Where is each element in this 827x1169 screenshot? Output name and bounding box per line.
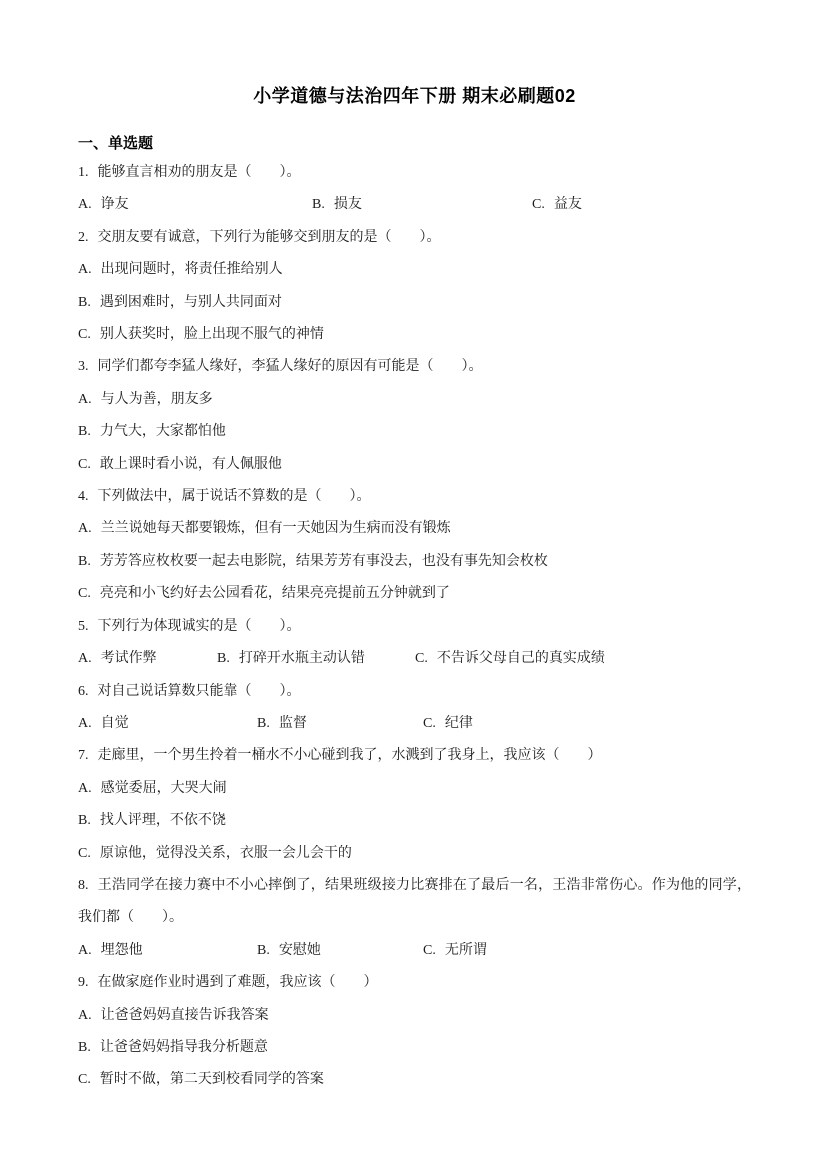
question-stem: 5.下列行为体现诚实的是（ ）。 [78,611,751,643]
option-label: B. [78,295,91,310]
option-item: A.考试作弊 [78,643,217,675]
option-text: 让爸爸妈妈直接告诉我答案 [101,1008,269,1023]
option-label: B. [257,943,270,958]
option-label: B. [78,424,91,439]
question-item: 8.王浩同学在接力赛中不小心摔倒了，结果班级接力比赛排在了最后一名，王浩非常伤心… [78,870,751,967]
option-text: 无所谓 [445,943,487,958]
option-label: A. [78,1008,92,1023]
question-number: 2. [78,230,89,245]
option-label: B. [312,197,325,212]
option-item: B.安慰她 [257,935,423,967]
option-item: A.让爸爸妈妈直接告诉我答案 [78,1000,751,1032]
option-item: C.亮亮和小飞约好去公园看花，结果亮亮提前五分钟就到了 [78,578,751,610]
option-item: A.自觉 [78,708,257,740]
option-item: B.找人评理，不依不饶 [78,805,751,837]
option-item: C.益友 [532,189,582,221]
question-number: 6. [78,684,89,699]
option-text: 芳芳答应枚枚要一起去电影院，结果芳芳有事没去，也没有事先知会枚枚 [100,554,548,569]
question-number: 7. [78,748,89,763]
option-label: B. [257,716,270,731]
option-text: 遇到困难时，与别人共同面对 [100,295,282,310]
question-stem: 1.能够直言相劝的朋友是（ ）。 [78,157,751,189]
option-label: B. [78,1040,91,1055]
option-text: 自觉 [101,716,129,731]
question-stem-text: 能够直言相劝的朋友是（ ）。 [98,165,301,180]
option-label: A. [78,197,92,212]
options-row: A.自觉B.监督C.纪律 [78,708,751,740]
option-label: A. [78,392,92,407]
option-text: 诤友 [101,197,129,212]
question-stem-text: 走廊里，一个男生拎着一桶水不小心碰到我了，水溅到了我身上，我应该（ ） [98,748,602,763]
option-label: C. [423,716,436,731]
option-label: B. [78,813,91,828]
option-label: A. [78,521,92,536]
question-number: 8. [78,878,89,893]
option-item: A.感觉委屈，大哭大闹 [78,773,751,805]
question-item: 5.下列行为体现诚实的是（ ）。A.考试作弊B.打碎开水瓶主动认错C.不告诉父母… [78,611,751,676]
option-text: 敢上课时看小说，有人佩服他 [100,457,282,472]
option-text: 益友 [554,197,582,212]
questions: 1.能够直言相劝的朋友是（ ）。A.诤友B.损友C.益友2.交朋友要有诚意，下列… [78,157,751,1097]
question-number: 1. [78,165,89,180]
option-text: 原谅他，觉得没关系，衣服一会儿会干的 [100,846,352,861]
question-item: 9.在做家庭作业时遇到了难题，我应该（ ）A.让爸爸妈妈直接告诉我答案B.让爸爸… [78,967,751,1097]
option-label: C. [78,327,91,342]
option-item: C.纪律 [423,708,473,740]
option-item: B.力气大，大家都怕他 [78,416,751,448]
question-stem: 4.下列做法中，属于说话不算数的是（ ）。 [78,481,751,513]
question-item: 2.交朋友要有诚意，下列行为能够交到朋友的是（ ）。A.出现问题时，将责任推给别… [78,222,751,352]
option-item: C.敢上课时看小说，有人佩服他 [78,449,751,481]
section-heading: 一、单选题 [78,134,751,154]
page-title: 小学道德与法治四年下册 期末必刷题02 [78,84,751,108]
option-label: C. [423,943,436,958]
option-label: C. [532,197,545,212]
option-text: 力气大，大家都怕他 [100,424,226,439]
option-text: 纪律 [445,716,473,731]
option-item: B.打碎开水瓶主动认错 [217,643,415,675]
option-item: B.监督 [257,708,423,740]
question-number: 3. [78,359,89,374]
option-item: A.诤友 [78,189,312,221]
document-body: 小学道德与法治四年下册 期末必刷题02 一、单选题 1.能够直言相劝的朋友是（ … [0,0,827,1097]
option-label: A. [78,716,92,731]
option-text: 找人评理，不依不饶 [100,813,226,828]
question-stem-text: 对自己说话算数只能靠（ ）。 [98,684,301,699]
question-number: 4. [78,489,89,504]
option-text: 暂时不做，第二天到校看同学的答案 [100,1072,324,1087]
option-text: 损友 [334,197,362,212]
option-text: 让爸爸妈妈指导我分析题意 [100,1040,268,1055]
options-row: A.考试作弊B.打碎开水瓶主动认错C.不告诉父母自己的真实成绩 [78,643,751,675]
option-item: B.让爸爸妈妈指导我分析题意 [78,1032,751,1064]
question-stem-text: 在做家庭作业时遇到了难题，我应该（ ） [98,975,378,990]
question-number: 9. [78,975,89,990]
question-stem: 3.同学们都夸李猛人缘好，李猛人缘好的原因有可能是（ ）。 [78,351,751,383]
option-item: B.损友 [312,189,532,221]
question-stem: 9.在做家庭作业时遇到了难题，我应该（ ） [78,967,751,999]
option-label: B. [78,554,91,569]
document-page: 小学道德与法治四年下册 期末必刷题02 一、单选题 1.能够直言相劝的朋友是（ … [0,0,827,1169]
option-item: B.遇到困难时，与别人共同面对 [78,287,751,319]
option-item: C.不告诉父母自己的真实成绩 [415,643,605,675]
question-stem-text: 王浩同学在接力赛中不小心摔倒了，结果班级接力比赛排在了最后一名，王浩非常伤心。作… [78,878,751,925]
question-item: 6.对自己说话算数只能靠（ ）。A.自觉B.监督C.纪律 [78,676,751,741]
option-item: C.无所谓 [423,935,487,967]
option-label: B. [217,651,230,666]
options-row: A.埋怨他B.安慰她C.无所谓 [78,935,751,967]
option-text: 不告诉父母自己的真实成绩 [437,651,605,666]
question-number: 5. [78,619,89,634]
option-text: 亮亮和小飞约好去公园看花，结果亮亮提前五分钟就到了 [100,586,450,601]
option-text: 感觉委屈，大哭大闹 [101,781,227,796]
options-row: A.诤友B.损友C.益友 [78,189,751,221]
question-stem: 6.对自己说话算数只能靠（ ）。 [78,676,751,708]
option-label: C. [78,846,91,861]
option-text: 打碎开水瓶主动认错 [239,651,365,666]
question-stem-text: 同学们都夸李猛人缘好，李猛人缘好的原因有可能是（ ）。 [98,359,483,374]
option-item: C.别人获奖时，脸上出现不服气的神情 [78,319,751,351]
option-text: 监督 [279,716,307,731]
option-label: A. [78,651,92,666]
option-item: A.埋怨他 [78,935,257,967]
question-stem: 2.交朋友要有诚意，下列行为能够交到朋友的是（ ）。 [78,222,751,254]
option-text: 别人获奖时，脸上出现不服气的神情 [100,327,324,342]
question-stem: 8.王浩同学在接力赛中不小心摔倒了，结果班级接力比赛排在了最后一名，王浩非常伤心… [78,870,751,935]
option-label: A. [78,943,92,958]
question-stem-text: 交朋友要有诚意，下列行为能够交到朋友的是（ ）。 [98,230,441,245]
question-stem-text: 下列行为体现诚实的是（ ）。 [98,619,301,634]
option-item: C.原谅他，觉得没关系，衣服一会儿会干的 [78,838,751,870]
option-label: C. [78,1072,91,1087]
option-text: 与人为善，朋友多 [101,392,213,407]
question-item: 4.下列做法中，属于说话不算数的是（ ）。A.兰兰说她每天都要锻炼，但有一天她因… [78,481,751,611]
option-label: A. [78,262,92,277]
question-item: 7.走廊里，一个男生拎着一桶水不小心碰到我了，水溅到了我身上，我应该（ ）A.感… [78,740,751,870]
option-text: 埋怨他 [101,943,143,958]
option-text: 兰兰说她每天都要锻炼，但有一天她因为生病而没有锻炼 [101,521,451,536]
question-stem-text: 下列做法中，属于说话不算数的是（ ）。 [98,489,371,504]
option-item: A.出现问题时，将责任推给别人 [78,254,751,286]
option-label: C. [415,651,428,666]
option-text: 出现问题时，将责任推给别人 [101,262,283,277]
option-text: 考试作弊 [101,651,157,666]
option-item: B.芳芳答应枚枚要一起去电影院，结果芳芳有事没去，也没有事先知会枚枚 [78,546,751,578]
option-item: A.兰兰说她每天都要锻炼，但有一天她因为生病而没有锻炼 [78,513,751,545]
option-label: A. [78,781,92,796]
question-item: 3.同学们都夸李猛人缘好，李猛人缘好的原因有可能是（ ）。A.与人为善，朋友多B… [78,351,751,481]
option-text: 安慰她 [279,943,321,958]
option-label: C. [78,586,91,601]
question-stem: 7.走廊里，一个男生拎着一桶水不小心碰到我了，水溅到了我身上，我应该（ ） [78,740,751,772]
option-item: A.与人为善，朋友多 [78,384,751,416]
option-label: C. [78,457,91,472]
question-item: 1.能够直言相劝的朋友是（ ）。A.诤友B.损友C.益友 [78,157,751,222]
option-item: C.暂时不做，第二天到校看同学的答案 [78,1064,751,1096]
